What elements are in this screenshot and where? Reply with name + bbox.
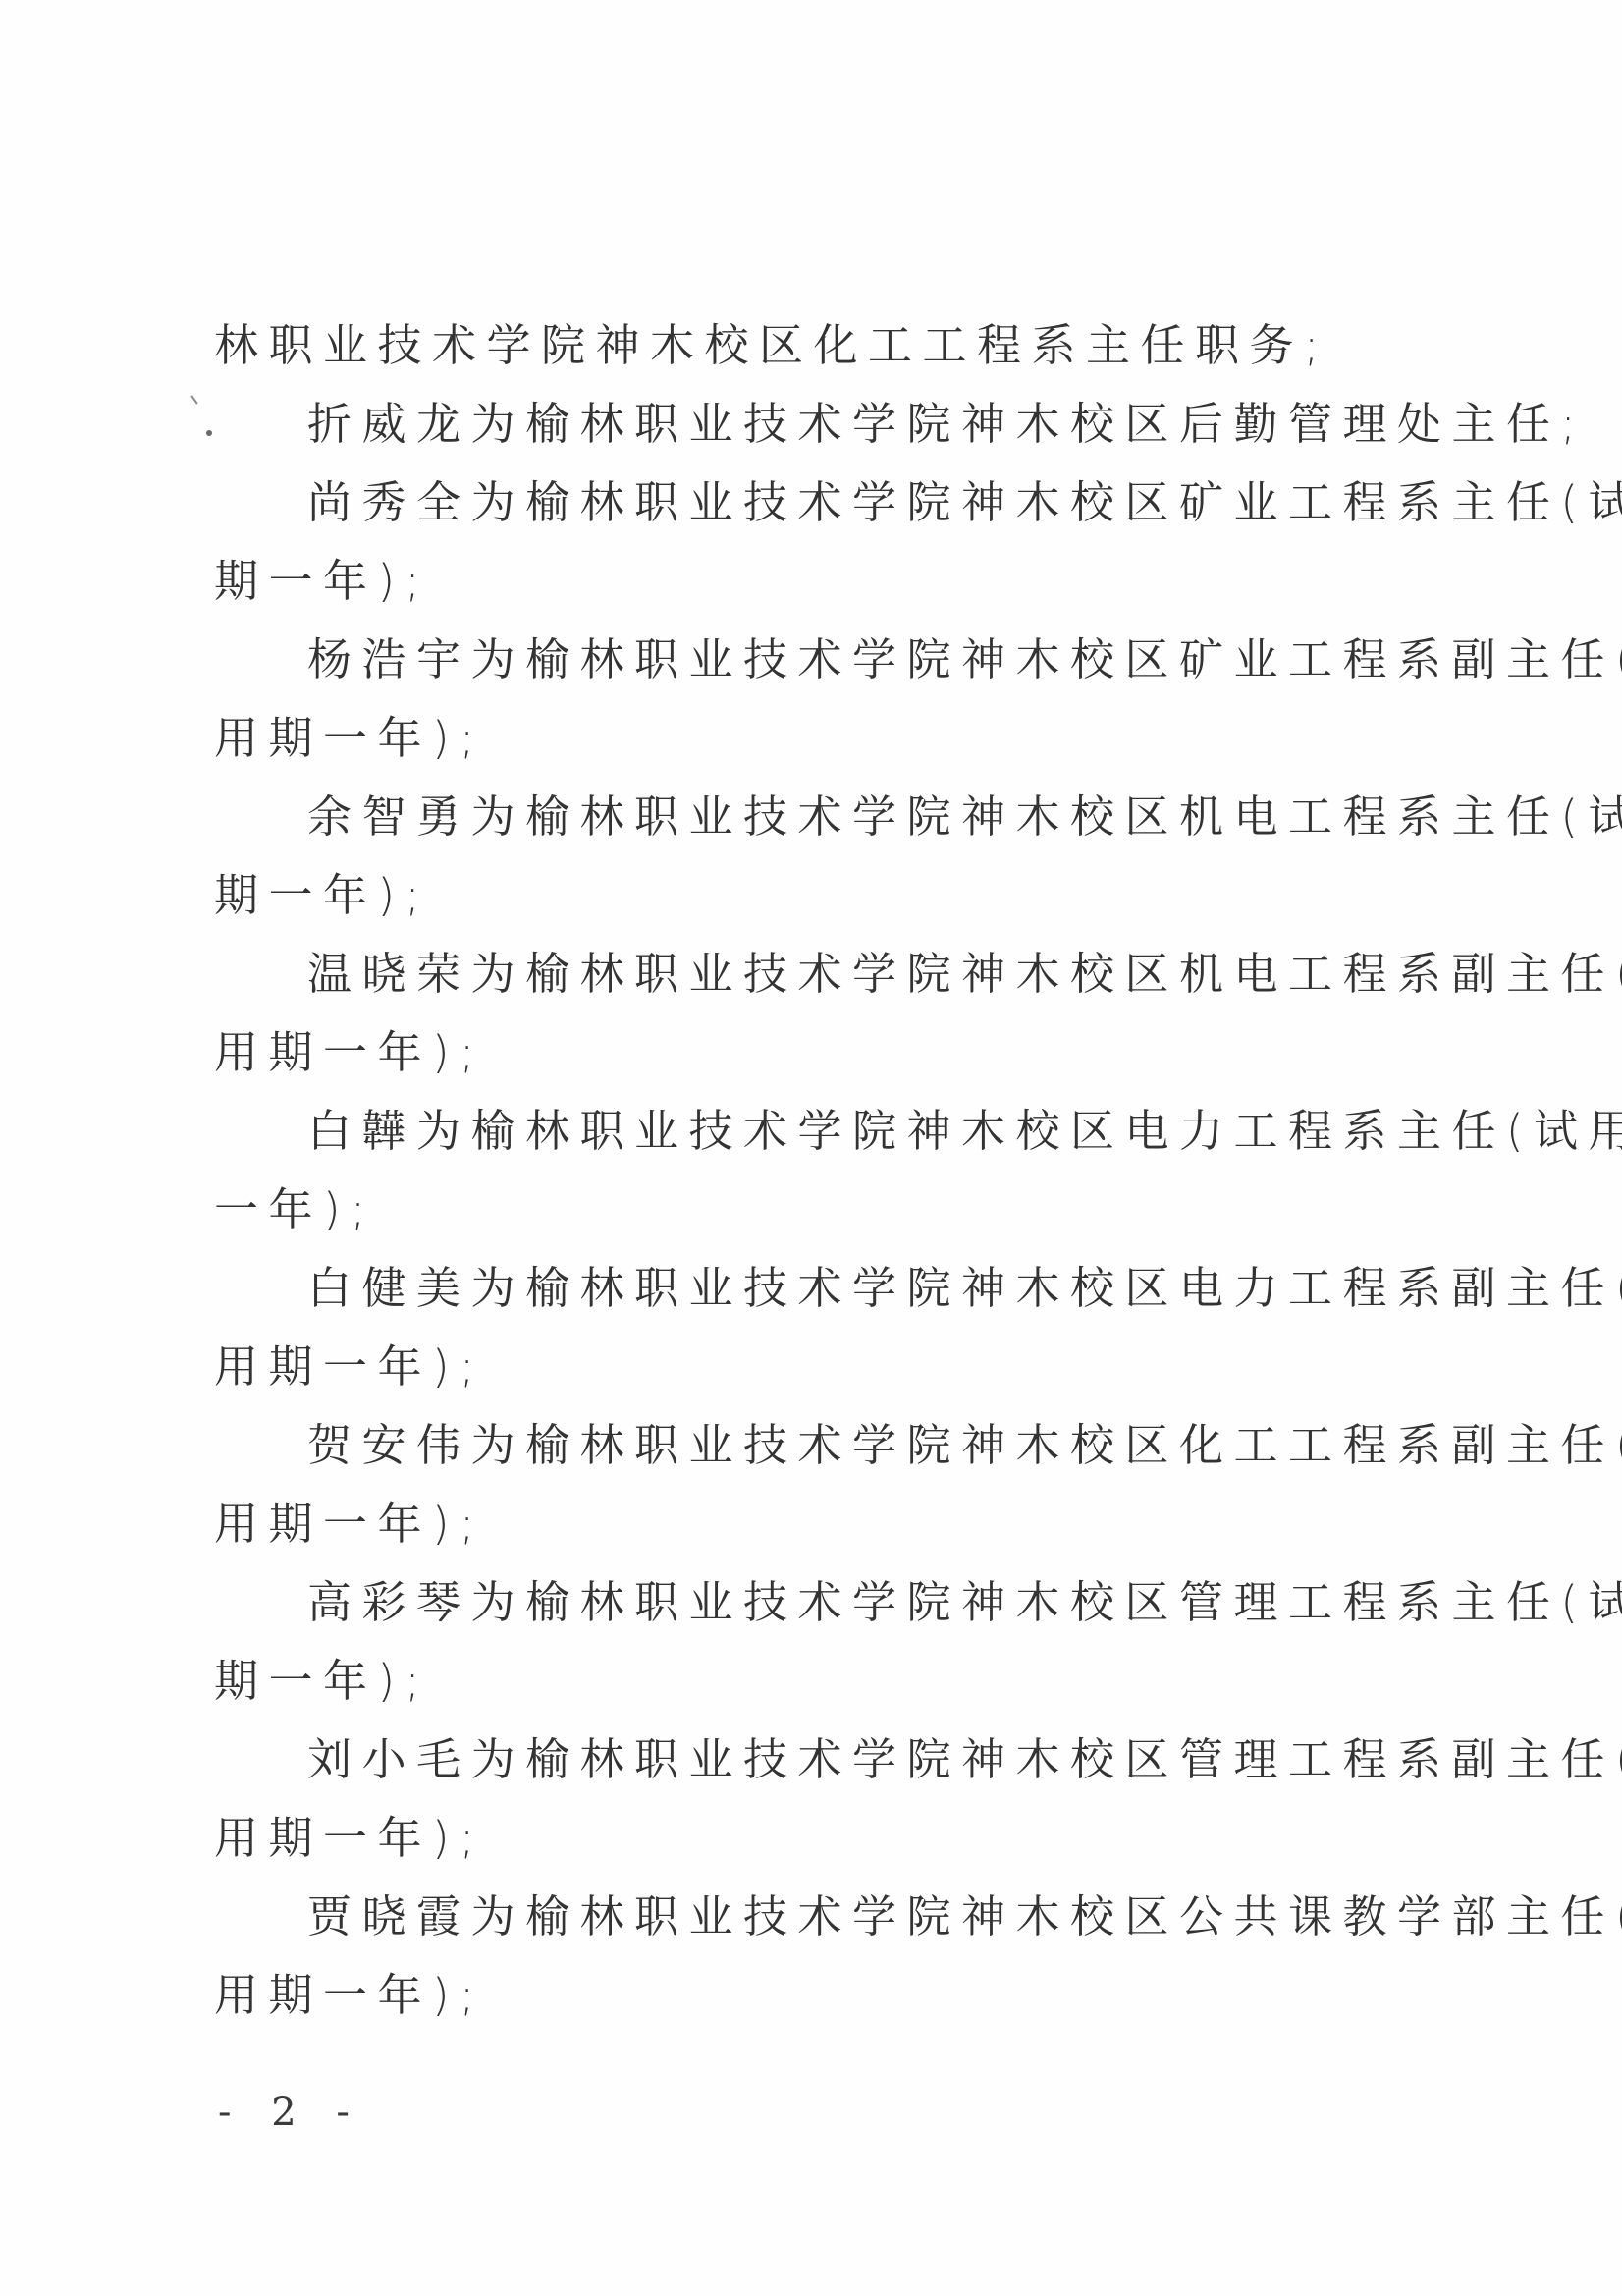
scan-mark <box>190 395 197 404</box>
body-line: 尚秀全为榆林职业技术学院神木校区矿业工程系主任(试用 <box>307 473 1622 532</box>
body-line: 白韡为榆林职业技术学院神木校区电力工程系主任(试用期 <box>307 1102 1622 1161</box>
body-line: 折威龙为榆林职业技术学院神木校区后勤管理处主任; <box>307 395 1586 454</box>
body-line: 贺安伟为榆林职业技术学院神木校区化工工程系副主任(试 <box>307 1416 1622 1475</box>
body-line: 白健美为榆林职业技术学院神木校区电力工程系副主任(试 <box>307 1259 1622 1318</box>
body-line: 高彩琴为榆林职业技术学院神木校区管理工程系主任(试用 <box>307 1573 1622 1632</box>
body-line: 温晓荣为榆林职业技术学院神木校区机电工程系副主任(试 <box>307 945 1622 1004</box>
body-line: 一年); <box>214 1180 376 1239</box>
scan-speck <box>206 430 212 436</box>
body-line: 余智勇为榆林职业技术学院神木校区机电工程系主任(试用 <box>307 788 1622 847</box>
body-line: 用期一年); <box>214 1809 485 1868</box>
body-line: 期一年); <box>214 552 430 611</box>
body-line: 贾晓霞为榆林职业技术学院神木校区公共课教学部主任(试 <box>307 1887 1622 1946</box>
body-line: 用期一年); <box>214 1023 485 1082</box>
body-line: 杨浩宇为榆林职业技术学院神木校区矿业工程系副主任(试 <box>307 630 1622 689</box>
body-line: 期一年); <box>214 1652 430 1711</box>
body-line: 用期一年); <box>214 709 485 768</box>
document-page: 林职业技术学院神木校区化工工程系主任职务; 折威龙为榆林职业技术学院神木校区后勤… <box>0 0 1622 2296</box>
body-line: 期一年); <box>214 866 430 925</box>
body-line: 刘小毛为榆林职业技术学院神木校区管理工程系副主任(试 <box>307 1730 1622 1789</box>
body-line: 用期一年); <box>214 1495 485 1554</box>
body-line: 用期一年); <box>214 1338 485 1396</box>
page-number: - 2 - <box>218 2090 363 2135</box>
body-line: 林职业技术学院神木校区化工工程系主任职务; <box>214 316 1329 375</box>
body-line: 用期一年); <box>214 1966 485 2025</box>
